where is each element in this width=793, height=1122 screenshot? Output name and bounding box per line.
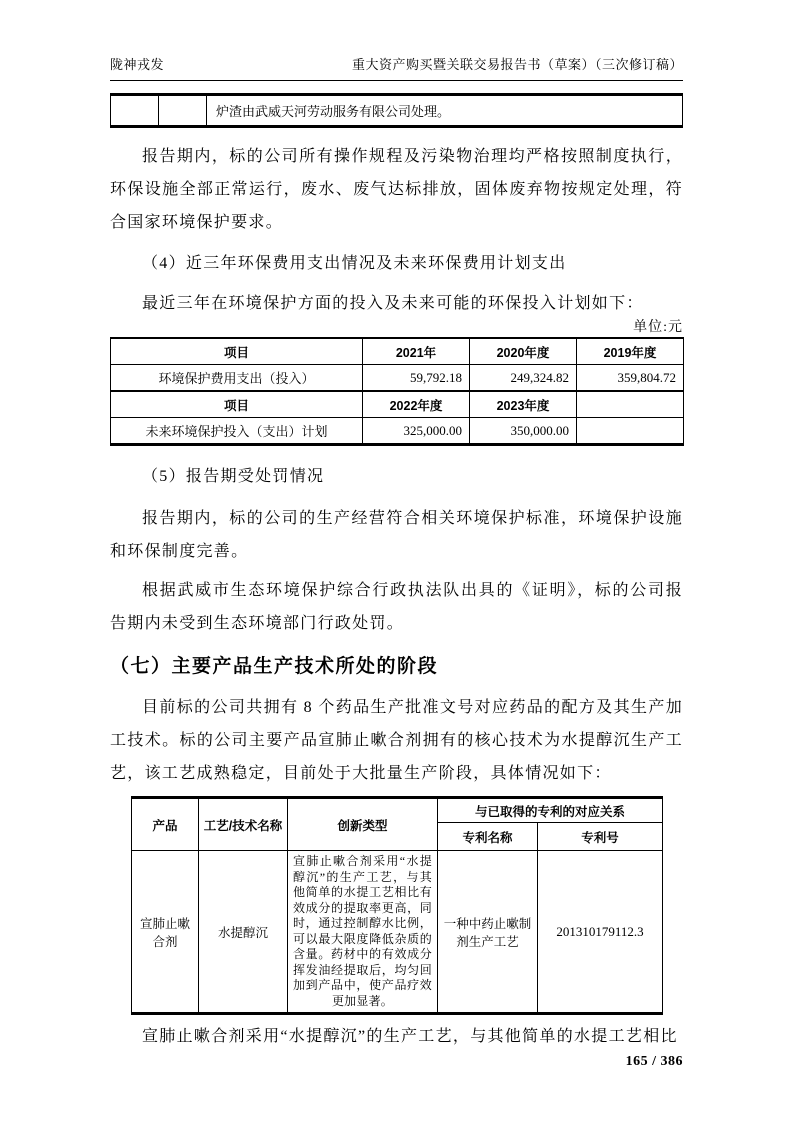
empty-cell — [159, 95, 207, 127]
empty-cell — [577, 418, 684, 445]
header-cell: 项目 — [111, 338, 363, 365]
value-cell: 249,324.82 — [470, 365, 577, 392]
unit-label: 单位:元 — [110, 318, 683, 337]
header-cell: 2020年度 — [470, 338, 577, 365]
subsection-4-intro: 最近三年在环境保护方面的投入及未来可能的环保投入计划如下： — [110, 290, 683, 318]
header-cell-innovation: 创新类型 — [288, 798, 438, 851]
header-cell: 2022年度 — [363, 391, 470, 418]
penalty-paragraph-2: 根据武威市生态环境保护综合行政执法队出具的《证明》，标的公司报告期内未受到生态环… — [110, 574, 683, 640]
value-cell: 359,804.72 — [577, 365, 684, 392]
table-header-row: 项目 2022年度 2023年度 — [111, 391, 684, 418]
fragment-cell: 炉渣由武威天河劳动服务有限公司处理。 — [207, 95, 683, 127]
header-cell-patent-no: 专利号 — [538, 823, 663, 851]
header-report-title: 重大资产购买暨关联交易报告书（草案）（三次修订稿） — [352, 54, 683, 73]
penalty-paragraph-1: 报告期内，标的公司的生产经营符合相关环境保护标准，环境保护设施和环保制度完善。 — [110, 502, 683, 568]
subsection-4-title: （4）近三年环保费用支出情况及未来环保费用计划支出 — [110, 247, 683, 280]
empty-cell — [577, 391, 684, 418]
header-cell-patent-group: 与已取得的专利的对应关系 — [438, 798, 663, 823]
table-row: 宣肺止嗽合剂 水提醇沉 宣肺止嗽合剂采用“水提醇沉”的生产工艺，与其他简单的水提… — [132, 851, 663, 1014]
value-cell: 325,000.00 — [363, 418, 470, 445]
table-header-row: 产品 工艺/技术名称 创新类型 与已取得的专利的对应关系 — [132, 798, 663, 823]
patent-name-cell: 一种中药止嗽制剂生产工艺 — [438, 851, 538, 1014]
header-cell-product: 产品 — [132, 798, 199, 851]
running-header: 陇神戎发 重大资产购买暨关联交易报告书（草案）（三次修订稿） — [110, 0, 683, 81]
tech-patent-table: 产品 工艺/技术名称 创新类型 与已取得的专利的对应关系 专利名称 专利号 宣肺… — [131, 796, 663, 1015]
header-company-name: 陇神戎发 — [110, 54, 164, 73]
tech-table-wrapper: 产品 工艺/技术名称 创新类型 与已取得的专利的对应关系 专利名称 专利号 宣肺… — [131, 796, 662, 1015]
row-label-cell: 环境保护费用支出（投入） — [111, 365, 363, 392]
table-header-row: 项目 2021年 2020年度 2019年度 — [111, 338, 684, 365]
page-number: 165 / 386 — [110, 1054, 683, 1070]
value-cell: 59,792.18 — [363, 365, 470, 392]
header-cell: 2021年 — [363, 338, 470, 365]
env-compliance-paragraph: 报告期内，标的公司所有操作规程及污染物治理均严格按照制度执行，环保设施全部正常运… — [110, 140, 683, 239]
subsection-5-title: （5）报告期受处罚情况 — [110, 460, 683, 493]
table-row: 未来环境保护投入（支出）计划 325,000.00 350,000.00 — [111, 418, 684, 445]
innovation-cell: 宣肺止嗽合剂采用“水提醇沉”的生产工艺，与其他简单的水提工艺相比有效成分的提取率… — [288, 851, 438, 1014]
row-label-cell: 未来环境保护投入（支出）计划 — [111, 418, 363, 445]
empty-cell — [111, 95, 159, 127]
section-7-paragraph: 目前标的公司共拥有 8 个药品生产批准文号对应药品的配方及其生产加工技术。标的公… — [110, 691, 683, 790]
continued-table-fragment: 炉渣由武威天河劳动服务有限公司处理。 — [110, 93, 683, 128]
table-row: 环境保护费用支出（投入） 59,792.18 249,324.82 359,80… — [111, 365, 684, 392]
tech-cell: 水提醇沉 — [199, 851, 288, 1014]
patent-no-cell: 201310179112.3 — [538, 851, 663, 1014]
section-7-heading: （七）主要产品生产技术所处的阶段 — [110, 652, 683, 682]
page-content: 陇神戎发 重大资产购买暨关联交易报告书（草案）（三次修订稿） 炉渣由武威天河劳动… — [110, 0, 683, 1070]
header-cell: 2023年度 — [470, 391, 577, 418]
header-cell-patent-name: 专利名称 — [438, 823, 538, 851]
value-cell: 350,000.00 — [470, 418, 577, 445]
header-cell: 项目 — [111, 391, 363, 418]
header-cell-tech: 工艺/技术名称 — [199, 798, 288, 851]
table-row: 炉渣由武威天河劳动服务有限公司处理。 — [111, 95, 683, 127]
env-expense-table: 项目 2021年 2020年度 2019年度 环境保护费用支出（投入） 59,7… — [110, 337, 684, 446]
header-cell: 2019年度 — [577, 338, 684, 365]
product-cell: 宣肺止嗽合剂 — [132, 851, 199, 1014]
closing-paragraph: 宣肺止嗽合剂采用“水提醇沉”的生产工艺，与其他简单的水提工艺相比 — [110, 1023, 683, 1051]
document-page: 陇神戎发 重大资产购买暨关联交易报告书（草案）（三次修订稿） 炉渣由武威天河劳动… — [0, 0, 793, 1122]
